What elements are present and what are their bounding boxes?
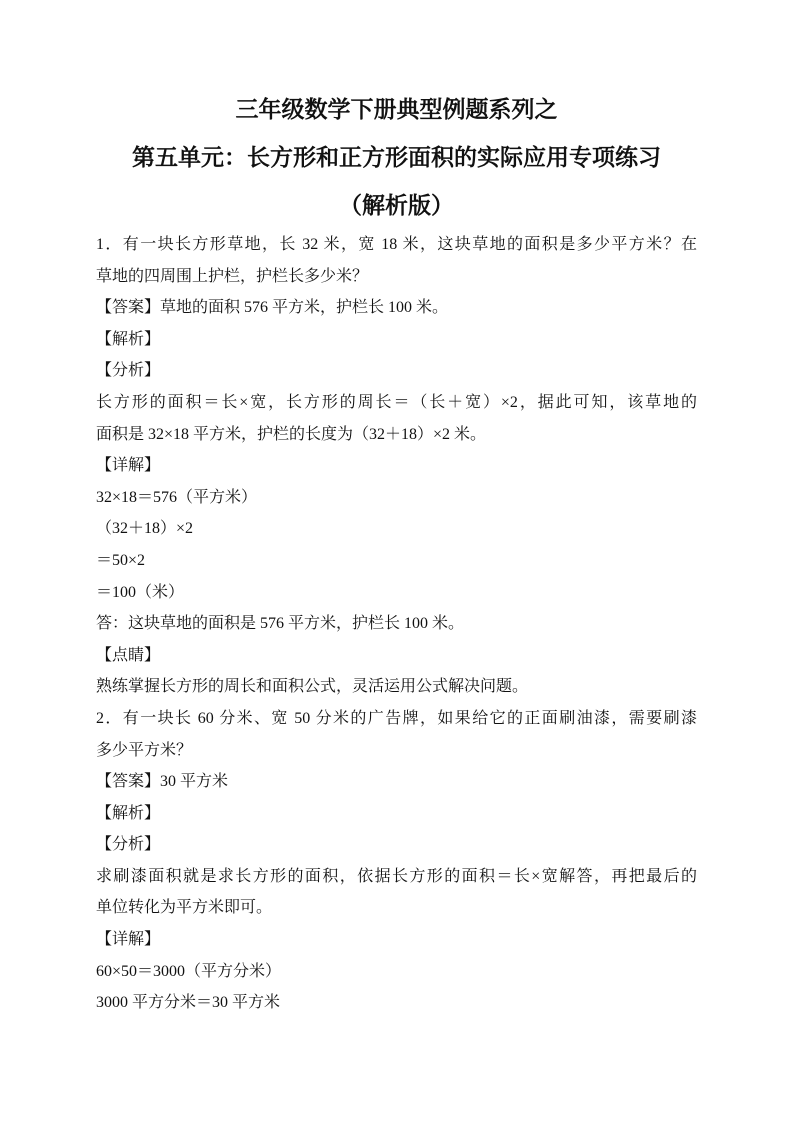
paragraph-21-line-1: 3000 平方分米＝30 平方米 (96, 987, 697, 1019)
paragraph-5-line-1: 长方形的面积＝长×宽，长方形的周长＝（长＋宽）×2，据此可知，该草地的 (96, 387, 697, 419)
paragraph-9-line-1: ＝50×2 (96, 545, 697, 577)
paragraph-20-line-1: 60×50＝3000（平方分米） (96, 956, 697, 988)
paragraph-11-line-1: 答：这块草地的面积是 576 平方米，护栏长 100 米。 (96, 608, 697, 640)
paragraph-1-line-2: 草地的四周围上护栏，护栏长多少米？ (96, 261, 697, 293)
paragraph-18-line-2: 单位转化为平方米即可。 (96, 892, 697, 924)
paragraph-6-line-1: 【详解】 (96, 450, 697, 482)
document-body: 1．有一块长方形草地，长 32 米，宽 18 米，这块草地的面积是多少平方米？在… (96, 229, 697, 1019)
paragraph-4-line-1: 【分析】 (96, 355, 697, 387)
paragraph-18-line-1: 求刷漆面积就是求长方形的面积，依据长方形的面积＝长×宽解答，再把最后的 (96, 861, 697, 893)
title-line-3: （解析版） (96, 181, 697, 229)
paragraph-12-line-1: 【点睛】 (96, 640, 697, 672)
paragraph-7-line-1: 32×18＝576（平方米） (96, 482, 697, 514)
paragraph-1-line-1: 1．有一块长方形草地，长 32 米，宽 18 米，这块草地的面积是多少平方米？在 (96, 229, 697, 261)
document-page: 三年级数学下册典型例题系列之 第五单元：长方形和正方形面积的实际应用专项练习 （… (0, 0, 793, 1122)
paragraph-16-line-1: 【解析】 (96, 798, 697, 830)
paragraph-17-line-1: 【分析】 (96, 829, 697, 861)
paragraph-15-line-1: 【答案】30 平方米 (96, 766, 697, 798)
paragraph-2-line-1: 【答案】草地的面积 576 平方米，护栏长 100 米。 (96, 292, 697, 324)
paragraph-13-line-1: 熟练掌握长方形的周长和面积公式，灵活运用公式解决问题。 (96, 671, 697, 703)
paragraph-8-line-1: （32＋18）×2 (96, 513, 697, 545)
paragraph-5-line-2: 面积是 32×18 平方米，护栏的长度为（32＋18）×2 米。 (96, 419, 697, 451)
paragraph-14-line-2: 多少平方米？ (96, 735, 697, 767)
paragraph-10-line-1: ＝100（米） (96, 577, 697, 609)
title-line-2: 第五单元：长方形和正方形面积的实际应用专项练习 (96, 133, 697, 181)
title-line-1: 三年级数学下册典型例题系列之 (96, 85, 697, 133)
paragraph-14-line-1: 2．有一块长 60 分米、宽 50 分米的广告牌，如果给它的正面刷油漆，需要刷漆 (96, 703, 697, 735)
paragraph-19-line-1: 【详解】 (96, 924, 697, 956)
paragraph-3-line-1: 【解析】 (96, 324, 697, 356)
document-title: 三年级数学下册典型例题系列之 第五单元：长方形和正方形面积的实际应用专项练习 （… (96, 85, 697, 229)
